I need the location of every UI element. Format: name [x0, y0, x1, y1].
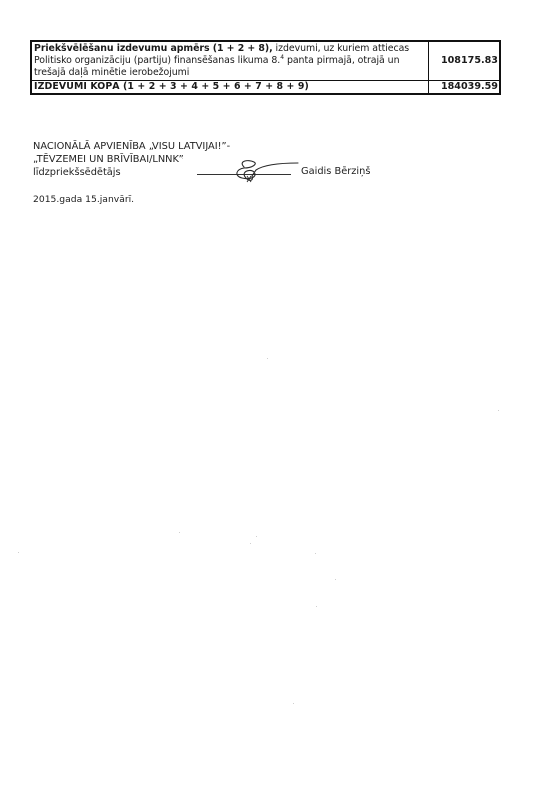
signer-position: līdzpriekšsēdētājs — [33, 166, 230, 179]
table-row: IZDEVUMI KOPĀ (1 + 2 + 3 + 4 + 5 + 6 + 7… — [31, 81, 500, 95]
scan-speck — [293, 703, 294, 704]
scan-speck — [18, 552, 19, 553]
preelection-expenses-label: Priekšvēlēšanu izdevumu apmērs (1 + 2 + … — [31, 41, 429, 81]
expense-summary-table: Priekšvēlēšanu izdevumu apmērs (1 + 2 + … — [30, 40, 501, 95]
handwritten-signature-icon — [232, 158, 302, 184]
preelection-expenses-amount: 108175.83 — [429, 41, 501, 81]
scan-speck — [498, 410, 499, 411]
scan-speck — [315, 553, 316, 554]
organization-name-line1: NACIONĀLĀ APVIENĪBA „VISU LATVIJAI!”- — [33, 140, 230, 153]
total-expenses-label: IZDEVUMI KOPĀ (1 + 2 + 3 + 4 + 5 + 6 + 7… — [31, 81, 429, 95]
scan-speck — [250, 543, 251, 544]
scan-speck — [335, 579, 336, 580]
organization-name-line2: „TĒVZEMEI UN BRĪVĪBAI/LNNK” — [33, 153, 230, 166]
signer-name: Gaidis Bērziņš — [301, 166, 370, 177]
total-expenses-amount: 184039.59 — [429, 81, 501, 95]
scan-speck — [179, 532, 180, 533]
scan-speck — [316, 606, 317, 607]
scan-speck — [182, 158, 183, 159]
scan-speck — [256, 536, 257, 537]
preelection-expenses-label-bold: Priekšvēlēšanu izdevumu apmērs (1 + 2 + … — [34, 43, 273, 54]
document-date: 2015.gada 15.janvārī. — [33, 194, 134, 205]
scan-speck — [267, 358, 268, 359]
table-row: Priekšvēlēšanu izdevumu apmērs (1 + 2 + … — [31, 41, 500, 81]
